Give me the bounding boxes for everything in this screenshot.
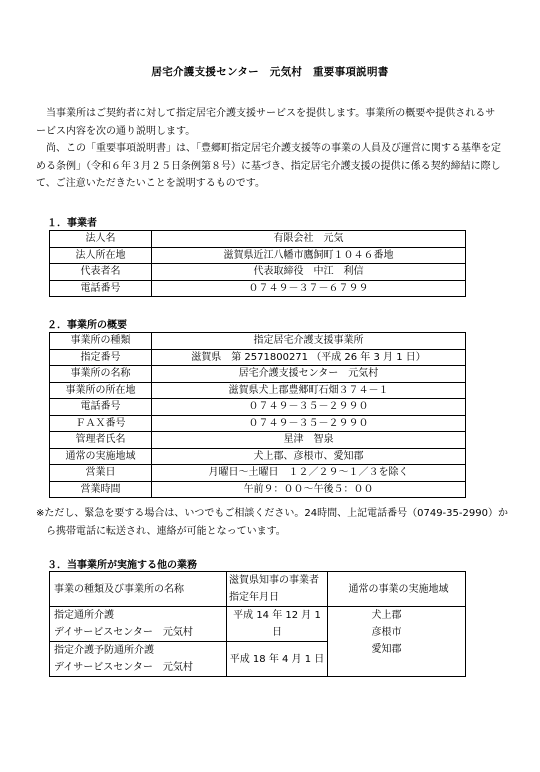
row-key: 事業所の名称 <box>50 366 152 383</box>
table-header-row: 事業の種類及び事業所の名称 滋賀県知事の事業者 指定年月日 通常の事業の実施地域 <box>50 572 466 607</box>
office-overview-table: 事業所の種類 指定居宅介護支援事業所 指定番号 滋賀県 第 2571800271… <box>49 332 466 498</box>
table-row: 営業時間 午前９：００～午後５：００ <box>50 481 466 498</box>
row-key: 指定番号 <box>50 349 152 366</box>
row-value: 月曜日～土曜日 １２／２９～１／３を除く <box>152 465 466 482</box>
service-name: 指定通所介護 デイサービスセンター 元気村 <box>50 607 227 642</box>
row-value: 滋賀県犬上郡豊郷町石畑３７４－１ <box>152 382 466 399</box>
row-key: 管理者氏名 <box>50 432 152 449</box>
table-row: 法人所在地 滋賀県近江八幡市鷹飼町１０４６番地 <box>50 247 466 264</box>
row-key: 営業日 <box>50 465 152 482</box>
row-key: 営業時間 <box>50 481 152 498</box>
header-service-name: 事業の種類及び事業所の名称 <box>50 572 227 607</box>
designation-date: 平成 14 年 12 月 1 日 <box>227 607 328 642</box>
row-key: 電話番号 <box>50 280 152 297</box>
row-key: 法人名 <box>50 231 152 248</box>
table-row: 営業日 月曜日～土曜日 １２／２９～１／３を除く <box>50 465 466 482</box>
header-designation-date: 滋賀県知事の事業者 指定年月日 <box>227 572 328 607</box>
intro-line: 尚、この「重要事項説明書」は、「豊郷町指定居宅介護支援等の事業の人員及び運営に関… <box>36 140 506 158</box>
table-row: 代表者名 代表取締役 中江 利信 <box>50 264 466 281</box>
row-key: 代表者名 <box>50 264 152 281</box>
designation-date: 平成 18 年 4 月 1 日 <box>227 642 328 677</box>
note-line: ら携帯電話に転送され、連絡が可能となっています。 <box>36 523 508 541</box>
row-key: ＦＡＸ番号 <box>50 415 152 432</box>
service-area: 犬上郡 彦根市 愛知郡 <box>328 607 466 677</box>
row-key: 事業所の種類 <box>50 333 152 350</box>
intro-paragraph: 当事業所はご契約者に対して指定居宅介護支援サービスを提供します。事業所の概要や提… <box>36 105 506 193</box>
intro-line: 当事業所はご契約者に対して指定居宅介護支援サービスを提供します。事業所の概要や提… <box>36 105 506 123</box>
table-row: 指定番号 滋賀県 第 2571800271 （平成 26 年 3 月 1 日） <box>50 349 466 366</box>
header-service-area: 通常の事業の実施地域 <box>328 572 466 607</box>
row-value: 居宅介護支援センター 元気村 <box>152 366 466 383</box>
row-value: 滋賀県 第 2571800271 （平成 26 年 3 月 1 日） <box>152 349 466 366</box>
row-value: 星津 智泉 <box>152 432 466 449</box>
section-heading-operator: １．事業者 <box>47 214 97 229</box>
table-row: 指定通所介護 デイサービスセンター 元気村 平成 14 年 12 月 1 日 犬… <box>50 607 466 642</box>
row-value: 代表取締役 中江 利信 <box>152 264 466 281</box>
row-value: 犬上郡、彦根市、愛知郡 <box>152 448 466 465</box>
service-name: 指定介護予防通所介護 デイサービスセンター 元気村 <box>50 642 227 677</box>
table-row: 事業所の種類 指定居宅介護支援事業所 <box>50 333 466 350</box>
row-key: 事業所の所在地 <box>50 382 152 399</box>
operator-table: 法人名 有限会社 元気 法人所在地 滋賀県近江八幡市鷹飼町１０４６番地 代表者名… <box>49 230 466 297</box>
table-row: 法人名 有限会社 元気 <box>50 231 466 248</box>
section-heading-office-overview: ２．事業所の概要 <box>47 316 127 331</box>
intro-line: ービス内容を次の通り説明します。 <box>36 123 506 141</box>
row-value: ０７４９－３５－２９９０ <box>152 399 466 416</box>
row-value: ０７４９－３７－６７９９ <box>152 280 466 297</box>
row-key: 通常の実施地域 <box>50 448 152 465</box>
row-value: 有限会社 元気 <box>152 231 466 248</box>
table-row: 事業所の名称 居宅介護支援センター 元気村 <box>50 366 466 383</box>
table-row: 通常の実施地域 犬上郡、彦根市、愛知郡 <box>50 448 466 465</box>
row-key: 電話番号 <box>50 399 152 416</box>
row-value: 滋賀県近江八幡市鷹飼町１０４６番地 <box>152 247 466 264</box>
emergency-note: ※ただし、緊急を要する場合は、いつでもご相談ください。24時間、上記電話番号（0… <box>36 505 508 540</box>
row-value: ０７４９－３５－２９９０ <box>152 415 466 432</box>
table-row: 電話番号 ０７４９－３５－２９９０ <box>50 399 466 416</box>
row-value: 午前９：００～午後５：００ <box>152 481 466 498</box>
table-row: ＦＡＸ番号 ０７４９－３５－２９９０ <box>50 415 466 432</box>
document-title: 居宅介護支援センター 元気村 重要事項説明書 <box>0 64 540 79</box>
other-services-table: 事業の種類及び事業所の名称 滋賀県知事の事業者 指定年月日 通常の事業の実施地域… <box>49 571 466 677</box>
note-line: ※ただし、緊急を要する場合は、いつでもご相談ください。24時間、上記電話番号（0… <box>36 505 508 523</box>
table-row: 管理者氏名 星津 智泉 <box>50 432 466 449</box>
row-key: 法人所在地 <box>50 247 152 264</box>
intro-line: める条例」（令和６年３月２５日条例第８号）に基づき、指定居宅介護支援の提供に係る… <box>36 158 506 176</box>
row-value: 指定居宅介護支援事業所 <box>152 333 466 350</box>
section-heading-other-services: ３．当事業所が実施する他の業務 <box>47 556 197 571</box>
table-row: 事業所の所在地 滋賀県犬上郡豊郷町石畑３７４－１ <box>50 382 466 399</box>
intro-line: て、ご注意いただきたいことを説明するものです。 <box>36 175 506 193</box>
table-row: 電話番号 ０７４９－３７－６７９９ <box>50 280 466 297</box>
